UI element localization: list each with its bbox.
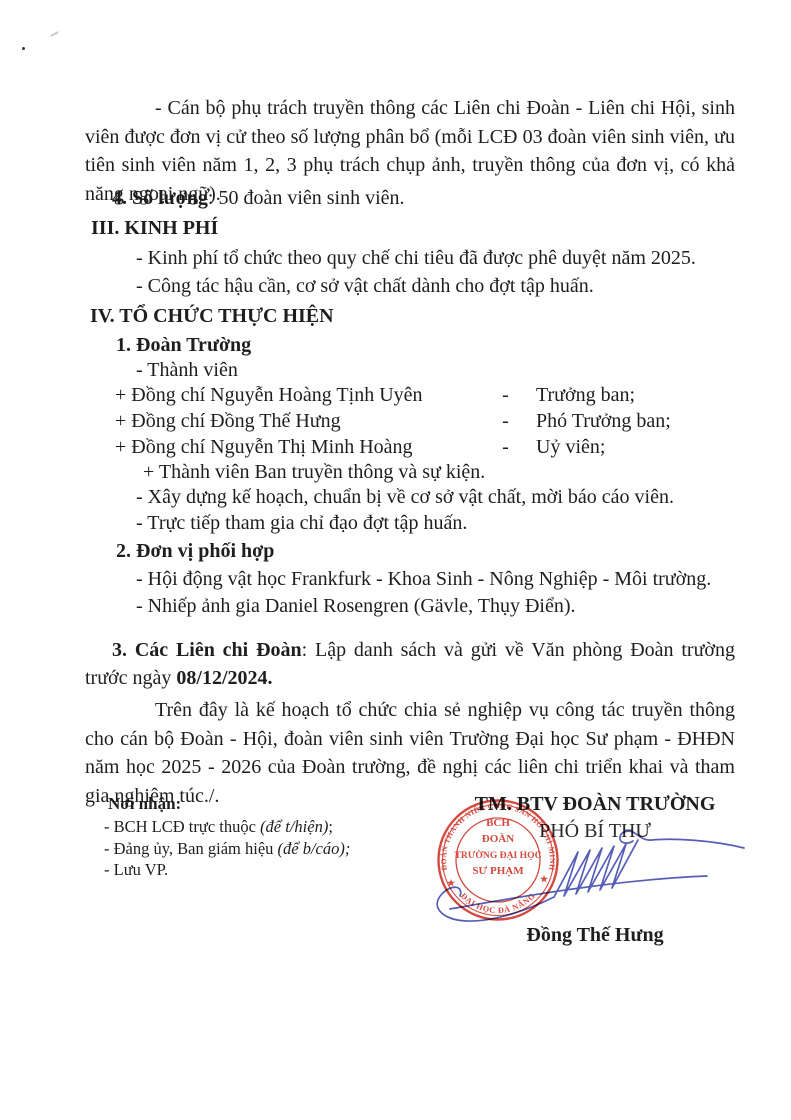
document-page: - Cán bộ phụ trách truyền thông các Liên… bbox=[0, 0, 791, 1120]
stamp-center-line-4: SƯ PHẠM bbox=[472, 865, 524, 877]
signature-signer-name: Đồng Thế Hưng bbox=[430, 922, 760, 948]
member-row: + Đồng chí Nguyễn Thị Minh Hoàng - Uỷ vi… bbox=[115, 434, 715, 460]
task-1: - Xây dựng kế hoạch, chuẩn bị về cơ sở v… bbox=[136, 484, 674, 510]
recipient-2-text: - Đảng ủy, Ban giám hiệu bbox=[104, 839, 278, 858]
scan-speck-dot bbox=[22, 47, 25, 50]
stamp-center-line-3: TRƯỜNG ĐẠI HỌC bbox=[454, 849, 541, 861]
lien-chi-date: 08/12/2024. bbox=[176, 667, 272, 689]
member-dash: - bbox=[475, 408, 536, 434]
line-so-luong: 4. Số lượng: 50 đoàn viên sinh viên. bbox=[112, 185, 405, 211]
member-row: + Đồng chí Đồng Thế Hưng - Phó Trưởng ba… bbox=[115, 408, 715, 434]
thanh-vien-label: - Thành viên bbox=[136, 357, 238, 383]
member-extra: + Thành viên Ban truyền thông và sự kiện… bbox=[143, 459, 485, 485]
section-title-kinh-phi: III. KINH PHÍ bbox=[91, 215, 218, 241]
funding-item-1: - Kinh phí tổ chức theo quy chế chi tiêu… bbox=[136, 245, 696, 271]
member-name: + Đồng chí Đồng Thế Hưng bbox=[115, 408, 475, 434]
member-name: + Đồng chí Nguyễn Hoàng Tịnh Uyên bbox=[115, 382, 475, 408]
stamp-center-line-2: ĐOÀN bbox=[482, 833, 514, 845]
so-luong-label: 4. Số lượng bbox=[112, 187, 208, 209]
stamp-star-right-icon: ★ bbox=[540, 874, 549, 884]
subsection-doan-truong: 1. Đoàn Trường bbox=[116, 332, 251, 358]
scan-speck-dash bbox=[50, 31, 59, 37]
recipient-line-1: - BCH LCĐ trực thuộc (để t/hiện); bbox=[104, 816, 333, 837]
member-row: + Đồng chí Nguyễn Hoàng Tịnh Uyên - Trưở… bbox=[115, 382, 715, 408]
recipient-line-3: - Lưu VP. bbox=[104, 859, 168, 880]
recipient-1-text: - BCH LCĐ trực thuộc bbox=[104, 817, 260, 836]
section-title-to-chuc: IV. TỔ CHỨC THỰC HIỆN bbox=[90, 303, 334, 329]
member-name: + Đồng chí Nguyễn Thị Minh Hoàng bbox=[115, 434, 475, 460]
paragraph-lien-chi: 3. Các Liên chi Đoàn: Lập danh sách và g… bbox=[85, 636, 735, 692]
phoi-hop-item-2: - Nhiếp ảnh gia Daniel Rosengren (Gävle,… bbox=[136, 593, 576, 619]
member-role: Uỷ viên; bbox=[536, 434, 715, 460]
recipient-line-2: - Đảng ủy, Ban giám hiệu (để b/cáo); bbox=[104, 838, 350, 859]
so-luong-value: : 50 đoàn viên sinh viên. bbox=[208, 187, 405, 209]
recipient-1-punct: ; bbox=[328, 817, 333, 836]
member-dash: - bbox=[475, 434, 536, 460]
stamp-center-line-1: BCH bbox=[486, 817, 510, 829]
subsection-phoi-hop: 2. Đơn vị phối hợp bbox=[116, 538, 274, 564]
phoi-hop-item-1: - Hội động vật học Frankfurk - Khoa Sinh… bbox=[136, 566, 711, 592]
funding-item-2: - Công tác hậu cần, cơ sở vật chất dành … bbox=[136, 273, 594, 299]
member-role: Trưởng ban; bbox=[536, 382, 715, 408]
member-dash: - bbox=[475, 382, 536, 408]
recipients-label: Nơi nhận: bbox=[108, 793, 181, 814]
member-role: Phó Trưởng ban; bbox=[536, 408, 715, 434]
lien-chi-bold: 3. Các Liên chi Đoàn bbox=[112, 639, 302, 661]
signature-stroke-zigzag bbox=[554, 840, 638, 897]
official-red-stamp: ĐOÀN THANH NIÊN CỘNG SẢN HỒ CHÍ MINH ĐẠI… bbox=[434, 795, 562, 925]
recipient-1-note: (để t/hiện) bbox=[260, 817, 328, 836]
recipient-2-note: (để b/cáo); bbox=[278, 839, 351, 858]
stamp-star-left-icon: ★ bbox=[447, 878, 456, 888]
task-2: - Trực tiếp tham gia chỉ đạo đợt tập huấ… bbox=[136, 510, 467, 536]
